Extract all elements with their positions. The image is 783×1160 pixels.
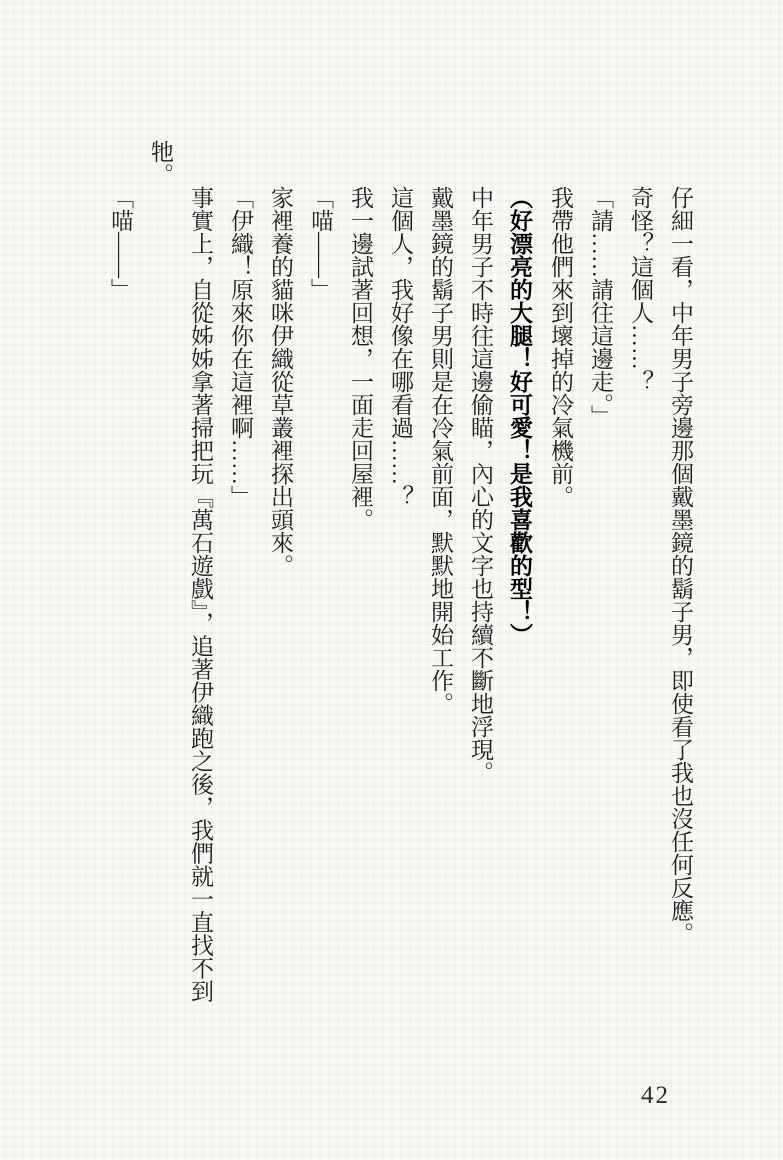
narration-line-3: 中年男子不時往這邊偷瞄，內心的文字也持續不斷地浮現。: [460, 140, 500, 1030]
vertical-text-body: 仔細一看，中年男子旁邊那個戴墨鏡的鬍子男，即使看了我也沒任何反應。 奇怪？這個人…: [100, 140, 700, 1030]
book-page: 仔細一看，中年男子旁邊那個戴墨鏡的鬍子男，即使看了我也沒任何反應。 奇怪？這個人…: [0, 0, 783, 1160]
narration-line-4: 戴墨鏡的鬍子男則是在冷氣前面，默默地開始工作。: [420, 140, 460, 1030]
narration-line-6: 家裡養的貓咪伊織從草叢裡探出頭來。: [260, 140, 300, 1030]
narration-line-7: 事實上，自從姊姊拿著掃把玩『萬石遊戲』，追著伊織跑之後，我們就一直找不到牠。: [140, 140, 220, 1030]
narration-line-1: 仔細一看，中年男子旁邊那個戴墨鏡的鬍子男，即使看了我也沒任何反應。: [660, 140, 700, 1030]
meow-line-1: 「喵——」: [300, 140, 340, 1030]
dialogue-line-2: 「伊織！原來你在這裡啊……」: [220, 140, 260, 1030]
narration-line-2: 我帶他們來到壞掉的冷氣機前。: [540, 140, 580, 1030]
thought-line-2: 這個人，我好像在哪看過……？: [380, 140, 420, 1030]
thought-line-1: 奇怪？這個人……？: [620, 140, 660, 1030]
page-number: 42: [641, 1082, 670, 1110]
mind-text-line: （好漂亮的大腿！好可愛！是我喜歡的型！）: [500, 140, 540, 1030]
dialogue-line-1: 「請……請往這邊走。」: [580, 140, 620, 1030]
meow-line-2: 「喵——」: [100, 140, 140, 1030]
narration-line-5: 我一邊試著回想，一面走回屋裡。: [340, 140, 380, 1030]
